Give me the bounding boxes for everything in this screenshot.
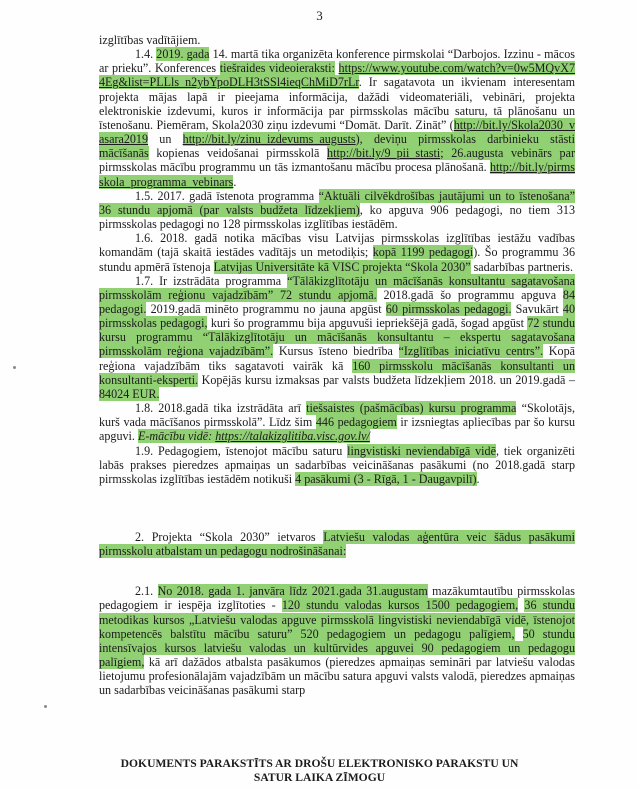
text-run: 1.4. xyxy=(135,47,156,61)
text-run: 2019.gadā minēto programmu no jauna apgū… xyxy=(146,302,385,316)
page-number: 3 xyxy=(0,8,639,24)
text-run: E-mācību vidē: xyxy=(138,429,215,443)
paragraph: 1.5. 2017. gadā īstenota programma “Aktu… xyxy=(99,189,575,231)
link[interactable]: http://bit.ly/9_pii_stasti xyxy=(327,146,440,160)
text-run xyxy=(515,627,523,641)
text-run: pirmsskolas mācību programmu un tās izma… xyxy=(99,160,490,174)
text-run: . xyxy=(477,472,480,486)
text-run: Latvijas Universitāte kā VISC projekta “… xyxy=(214,260,471,274)
text-run: 2019. gada xyxy=(156,47,209,61)
link[interactable]: http://bit.ly/zinu_izdevums_augusts xyxy=(183,132,356,146)
text-run: No 2018. gada 1. janvāra līdz 2021.gada … xyxy=(158,584,428,598)
text-run: 4 pasākumi (3 - Rīgā, 1 - Daugavpilī) xyxy=(295,472,476,486)
text-run: 1.5. 2017. gadā īstenota programma xyxy=(135,189,319,203)
signature-footer-line1: DOKUMENTS PARAKSTĪTS AR DROŠU ELEKTRONIS… xyxy=(0,757,639,771)
paragraph: 1.7. Ir izstrādāta programma “Tālākizglī… xyxy=(99,274,575,401)
text-run: lingvistiski neviendabīgā vidē xyxy=(347,444,496,458)
scan-speck xyxy=(44,705,47,708)
text-run: Savukārt xyxy=(511,302,562,316)
text-run: Kursus īsteno biedrība xyxy=(273,344,398,358)
text-run: . xyxy=(233,175,236,189)
text-run: “Izglītības iniciatīvu centrs”. xyxy=(399,344,544,358)
paragraph: 1.4. 2019. gada 14. martā tika organizēt… xyxy=(99,47,575,189)
signature-footer: DOKUMENTS PARAKSTĪTS AR DROŠU ELEKTRONIS… xyxy=(0,757,639,785)
text-run: tiešraides videoieraksti: xyxy=(220,61,335,75)
text-run: 1.7. Ir izstrādāta programma xyxy=(135,274,287,288)
text-run: sadarbības partneris. xyxy=(471,260,573,274)
text-run: 2018.gadā šo programmu apguva xyxy=(377,288,563,302)
text-run: kopienas veidošanai pirmsskolā xyxy=(149,146,327,160)
text-run: 60 pirmsskolas pedagogi. xyxy=(386,302,512,316)
signature-footer-line2: SATUR LAIKA ZĪMOGU xyxy=(0,771,639,785)
text-run: kopā 1199 pedagogi xyxy=(373,245,474,259)
text-run: kā arī dažādos atbalsta pasākumos (piere… xyxy=(99,655,575,697)
link[interactable]: https://talakizglitiba.visc.gov.lv/ xyxy=(215,429,370,443)
text-run: un xyxy=(148,132,183,146)
text-run: 2.1. xyxy=(135,584,158,598)
text-run: 1.9. Pedagogiem, īstenojot mācību saturu xyxy=(135,444,347,458)
text-run: Kopējās kursu izmaksas par valsts budžet… xyxy=(198,373,575,387)
paragraph: 2.1. No 2018. gada 1. janvāra līdz 2021.… xyxy=(99,584,575,697)
text-run xyxy=(335,61,339,75)
paragraph: 1.6. 2018. gadā notika mācības visu Latv… xyxy=(99,231,575,273)
text-run: kuri šo programmu bija apguvuši iepriekš… xyxy=(207,316,527,330)
paragraph: 1.8. 2018.gadā tika izstrādāta arī tiešs… xyxy=(99,401,575,443)
scan-speck xyxy=(13,366,16,369)
paragraph: 1.9. Pedagogiem, īstenojot mācību saturu… xyxy=(99,444,575,486)
text-run: 84024 EUR. xyxy=(99,387,159,401)
text-run: tiešsaistes (pašmācības) kursu programma xyxy=(306,401,516,415)
text-run: 2. Projekta “Skola 2030” ietvaros xyxy=(135,530,323,544)
document-body: izglītības vadītājiem.1.4. 2019. gada 14… xyxy=(99,33,575,698)
text-run: 1.8. 2018.gadā tika izstrādāta arī xyxy=(135,401,306,415)
paragraph: 2. Projekta “Skola 2030” ietvaros Latvie… xyxy=(99,530,575,558)
text-run: 120 stundu valodas kursos 1500 pedagogie… xyxy=(282,598,518,612)
text-run: 446 pedagogiem xyxy=(316,415,397,429)
document-page: 3 izglītības vadītājiem.1.4. 2019. gada … xyxy=(0,0,639,790)
paragraph: izglītības vadītājiem. xyxy=(99,33,575,47)
text-run: izglītības vadītājiem. xyxy=(99,33,200,47)
text-run: ; 26.augusta vebinārs par xyxy=(440,146,575,160)
